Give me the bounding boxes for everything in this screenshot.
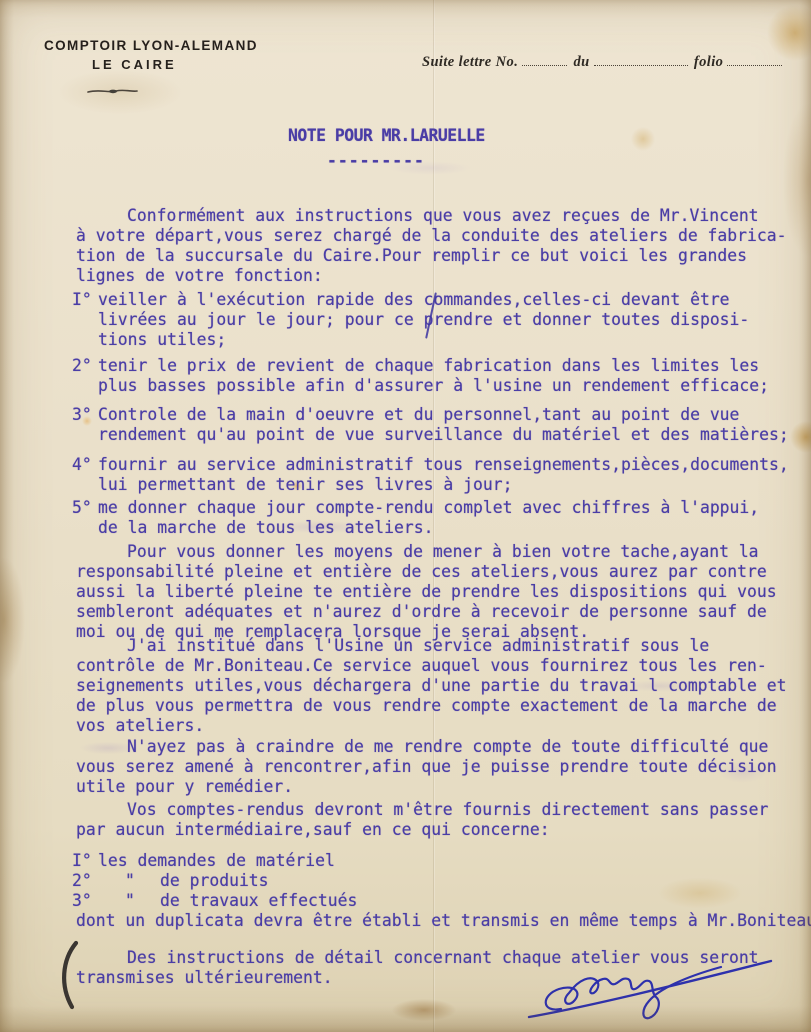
folio-blank xyxy=(727,53,782,66)
request-text: de travaux effectués xyxy=(160,891,357,911)
letterhead-flourish-icon xyxy=(86,82,140,101)
request-text: de produits xyxy=(160,871,269,891)
note-title: NOTE POUR MR.LARUELLE xyxy=(288,126,485,146)
du-blank xyxy=(594,53,688,66)
difficulties-paragraph: N'ayez pas à craindre de me rendre compt… xyxy=(76,737,777,797)
duty-number: 2° xyxy=(72,356,92,376)
duty-text: fournir au service administratif tous re… xyxy=(98,455,789,495)
letterhead-city: LE CAIRE xyxy=(92,57,177,72)
service-paragraph: J'ai institué dans l'Usine un service ad… xyxy=(76,636,787,736)
letterhead-company: COMPTOIR LYON-ALEMAND xyxy=(44,38,258,53)
request-number: 2° xyxy=(72,871,92,891)
handwritten-parenthesis-mark xyxy=(56,940,82,1014)
suite-lettre-blank xyxy=(522,53,567,66)
reference-row: Suite lettre No. du folio xyxy=(422,53,782,71)
duty-text: veiller à l'exécution rapide des command… xyxy=(98,290,749,350)
reports-paragraph: Vos comptes-rendus devront m'être fourni… xyxy=(76,800,768,840)
ditto-mark: " xyxy=(125,871,135,891)
request-number: I° xyxy=(72,851,92,871)
scanned-letter-page: COMPTOIR LYON-ALEMAND LE CAIRE Suite let… xyxy=(0,0,811,1032)
duty-number: 3° xyxy=(72,405,92,425)
duplicata-paragraph: dont un duplicata devra être établi et t… xyxy=(76,911,811,931)
duty-text: Controle de la main d'oeuvre et du perso… xyxy=(98,405,789,445)
duty-number: 5° xyxy=(72,498,92,518)
suite-lettre-label: Suite lettre No. xyxy=(422,54,518,71)
duty-number: 4° xyxy=(72,455,92,475)
duty-number: I° xyxy=(72,290,92,310)
responsibility-paragraph: Pour vous donner les moyens de mener à b… xyxy=(76,542,777,642)
signature xyxy=(525,953,775,1029)
request-number: 3° xyxy=(72,891,92,911)
duty-text: tenir le prix de revient de chaque fabri… xyxy=(98,356,769,396)
request-text: les demandes de matériel xyxy=(98,851,335,871)
ditto-mark: " xyxy=(125,891,135,911)
du-label: du xyxy=(573,54,589,71)
title-underline: --------- xyxy=(327,151,425,171)
duty-text: me donner chaque jour compte-rendu compl… xyxy=(98,498,759,538)
folio-label: folio xyxy=(694,54,723,71)
intro-paragraph: Conformément aux instructions que vous a… xyxy=(76,206,787,286)
